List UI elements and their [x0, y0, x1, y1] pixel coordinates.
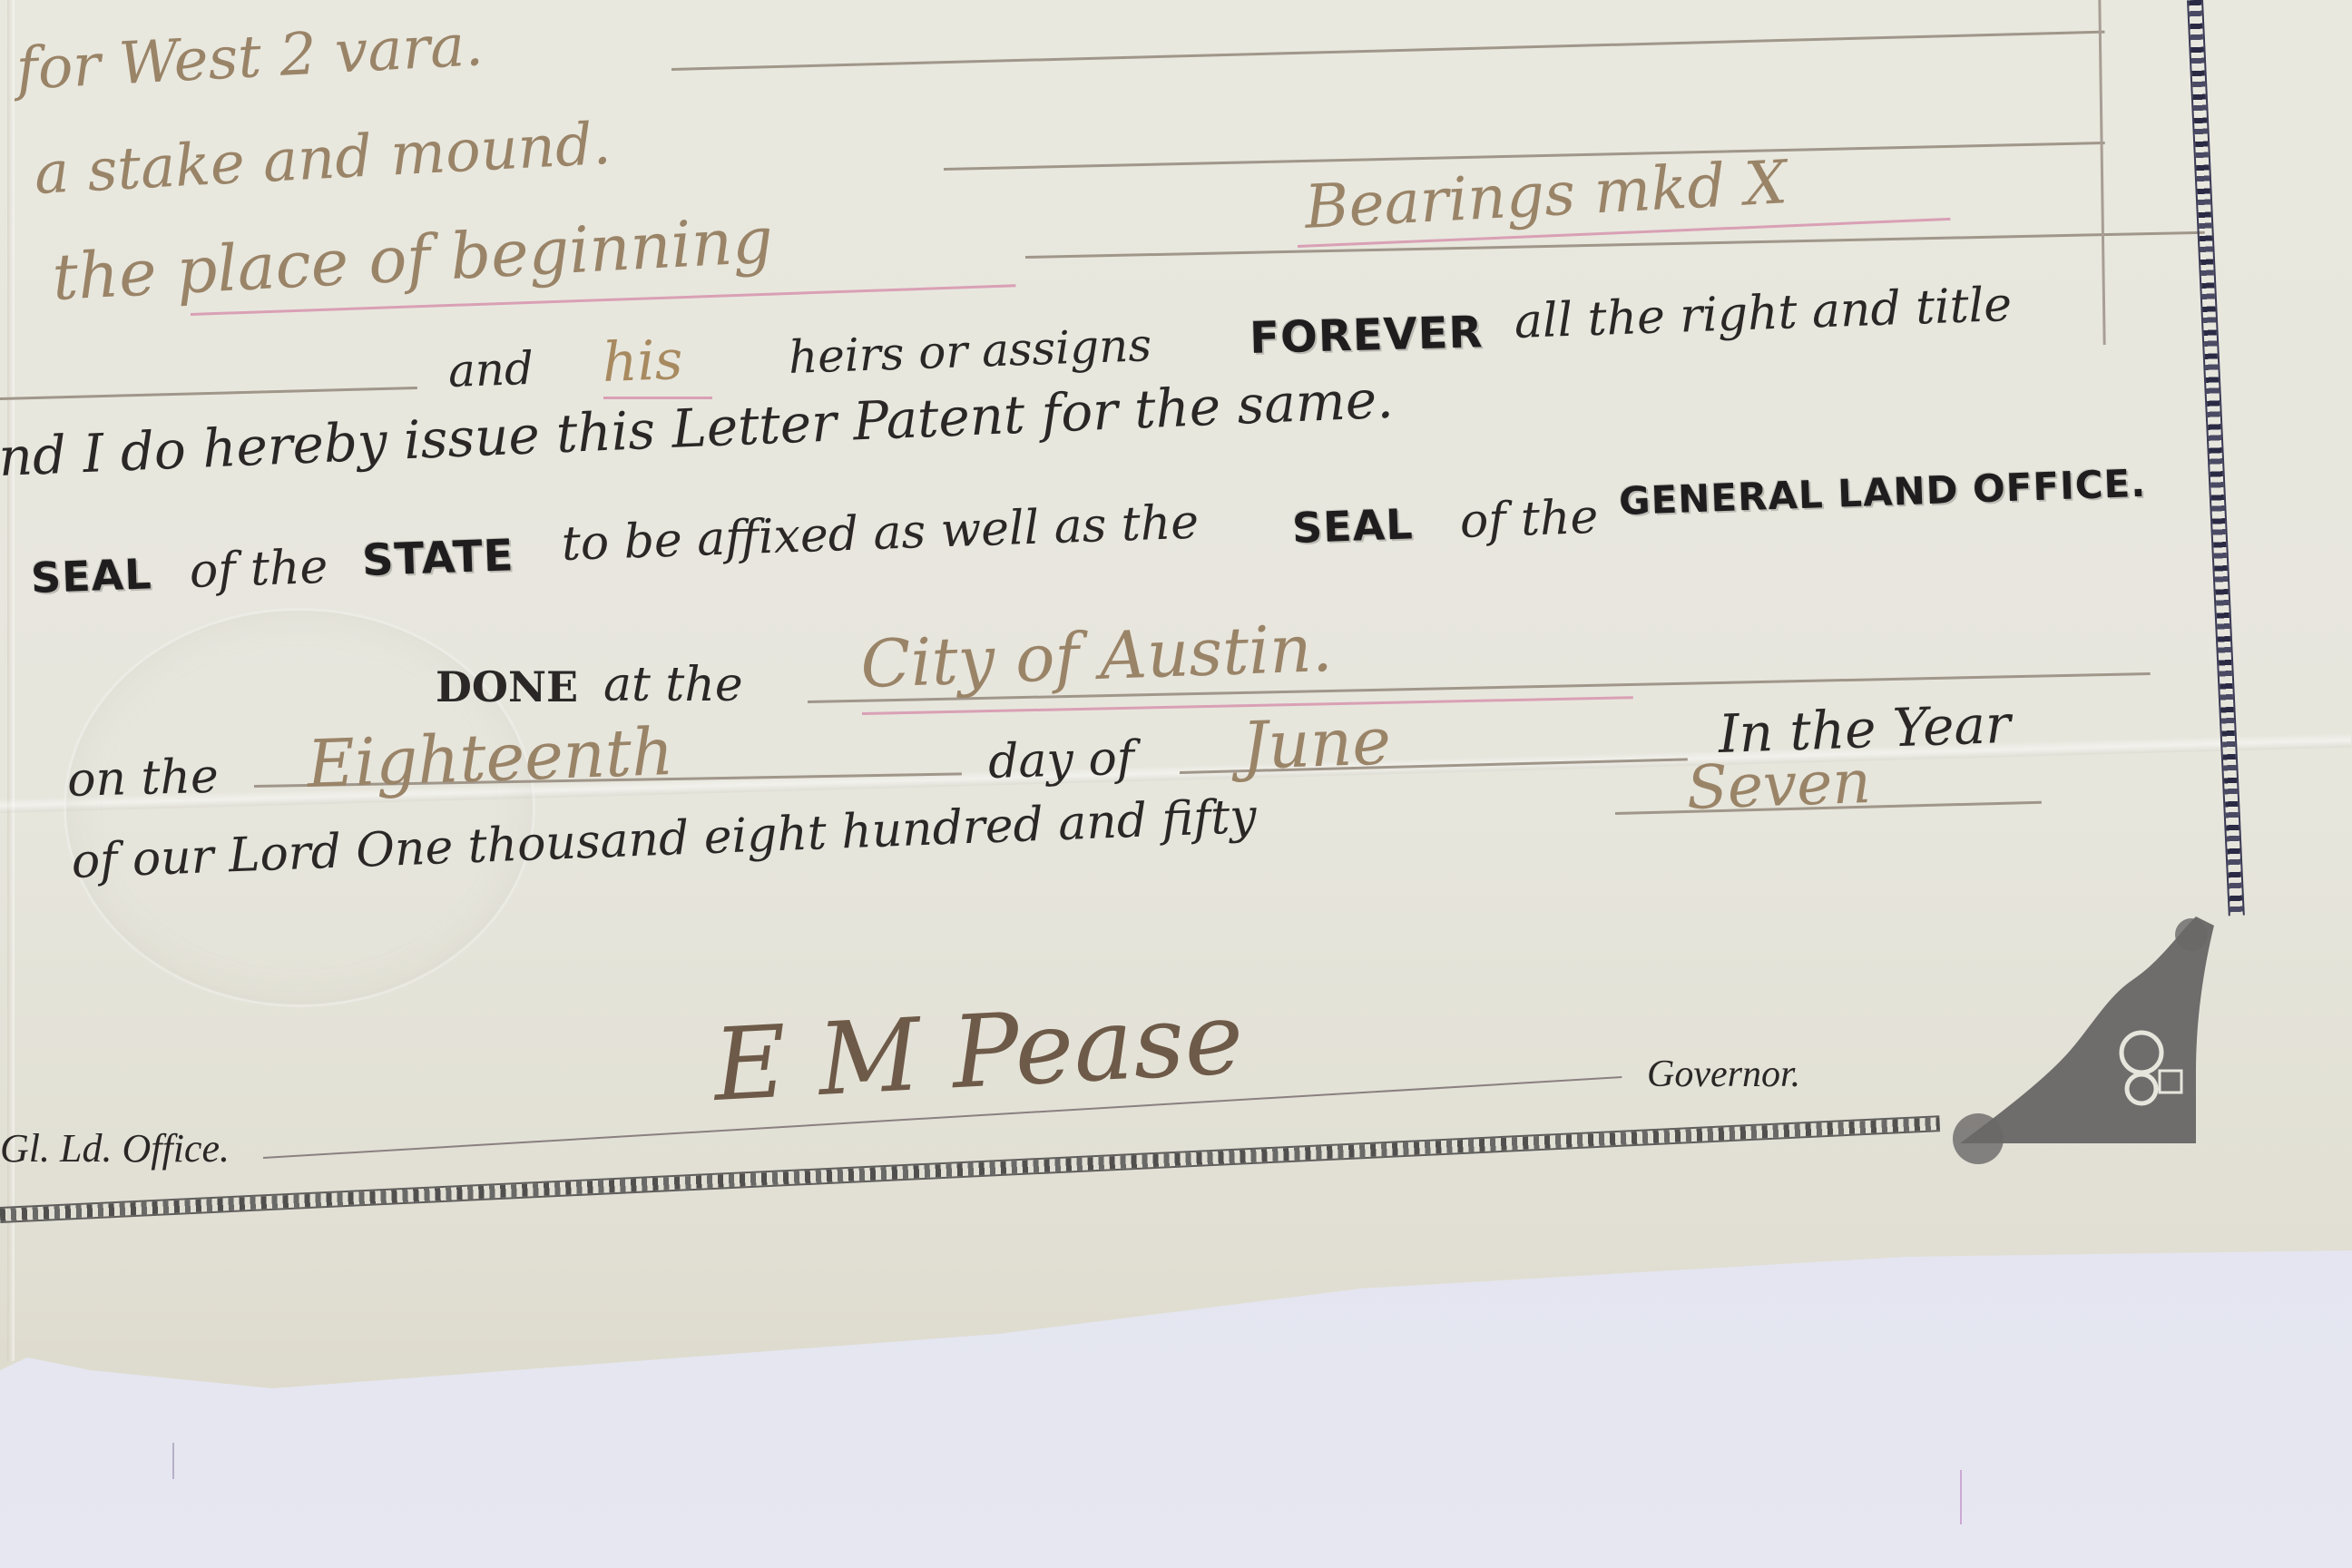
- printed-forever: FOREVER: [1249, 307, 1485, 364]
- printed-of-the-2: of the: [1459, 490, 1599, 549]
- printed-at-the: at the: [603, 658, 743, 712]
- decorative-border-bottom: [0, 1115, 1940, 1223]
- handwritten-city-of-austin: City of Austin.: [859, 610, 1334, 702]
- form-margin-rule: [2098, 0, 2105, 345]
- printed-of-the: of the: [189, 540, 328, 599]
- form-rule: [671, 31, 2105, 71]
- handwritten-stake-mound: a stake and mound.: [33, 111, 612, 208]
- governor-signature: E M Pease: [710, 980, 1246, 1123]
- governor-label: Governor.: [1647, 1053, 1800, 1096]
- printed-affixed: to be affixed as well as the: [561, 495, 1200, 572]
- printed-seal: SEAL: [30, 549, 152, 603]
- printed-general-land-office: GENERAL LAND OFFICE.: [1618, 461, 2147, 524]
- form-rule: [0, 387, 417, 400]
- handwritten-west-vara: for West 2 vara.: [15, 12, 485, 103]
- printed-on-the: on the: [66, 750, 219, 808]
- printed-seal-2: SEAL: [1291, 499, 1414, 553]
- printed-heirs-or-assigns: heirs or assigns: [788, 318, 1152, 384]
- handwritten-seven: Seven: [1685, 747, 1872, 823]
- printed-done: DONE: [436, 662, 578, 711]
- surface-fiber: [172, 1443, 174, 1479]
- surface-fiber: [1960, 1470, 1962, 1524]
- handwritten-eighteenth: Eighteenth: [306, 713, 675, 802]
- office-label: Gl. Ld. Office.: [0, 1125, 230, 1171]
- handwritten-june: June: [1240, 702, 1392, 784]
- printed-state: STATE: [361, 530, 514, 586]
- form-rule: [1025, 231, 2205, 259]
- ornamental-corner-icon: [1924, 907, 2232, 1171]
- printed-day-of: day of: [987, 731, 1134, 789]
- handwritten-his: his: [602, 328, 684, 395]
- printed-letter-patent-line: nd I do hereby issue this Letter Patent …: [0, 368, 1395, 488]
- printed-and: and: [447, 342, 534, 397]
- printed-right-and-title: all the right and title: [1514, 278, 2013, 349]
- decorative-border-right: [2187, 0, 2245, 916]
